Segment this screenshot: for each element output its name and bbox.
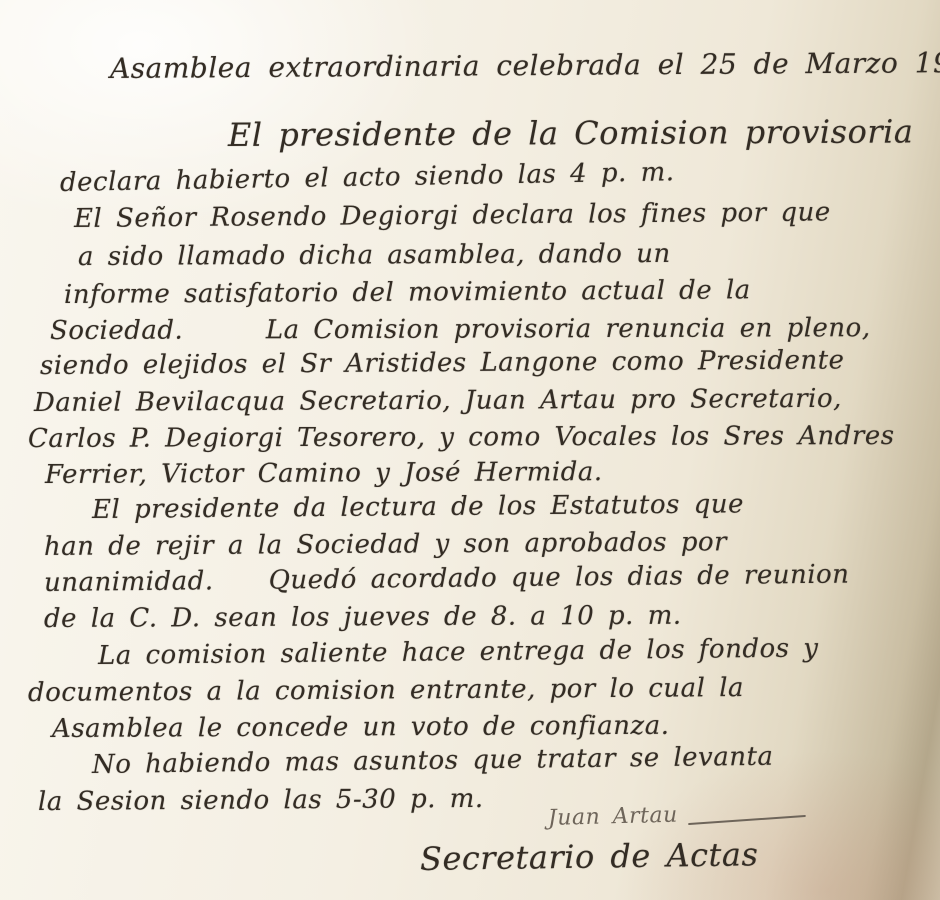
manuscript-line: El presidente da lectura de los Estatuto… <box>92 489 744 525</box>
manuscript-line: Ferrier, Victor Camino y José Hermida. <box>45 457 603 490</box>
manuscript-line: La comision saliente hace entrega de los… <box>98 633 819 671</box>
signature-name: Juan Artau <box>548 803 678 831</box>
manuscript-line: Asamblea le concede un voto de confianza… <box>52 711 670 744</box>
manuscript-line: documentos a la comision entrante, por l… <box>28 673 744 708</box>
manuscript-line: de la C. D. sean los jueves de 8. a 10 p… <box>44 601 682 634</box>
manuscript-line: Carlos P. Degiorgi Tesorero, y como Voca… <box>28 421 895 454</box>
manuscript-line: han de rejir a la Sociedad y son aprobad… <box>44 527 727 562</box>
manuscript-line: la Sesion siendo las 5-30 p. m. <box>38 784 484 817</box>
manuscript-line: El Señor Rosendo Degiorgi declara los fi… <box>74 197 831 234</box>
manuscript-line: El presidente de la Comision provisoria <box>228 112 914 154</box>
signature-flourish-line <box>688 815 806 825</box>
manuscript-line: declara habierto el acto siendo las 4 p.… <box>60 157 675 198</box>
manuscript-line: siendo elejidos el Sr Aristides Langone … <box>40 345 845 381</box>
manuscript-line: a sido llamado dicha asamblea, dando un <box>78 239 671 272</box>
manuscript-line: Sociedad. La Comision provisoria renunci… <box>50 313 871 346</box>
manuscript-line: Daniel Bevilacqua Secretario, Juan Artau… <box>34 384 842 418</box>
manuscript-line: No habiendo mas asuntos que tratar se le… <box>92 742 774 780</box>
document-title-line: Asamblea extraordinaria celebrada el 25 … <box>110 46 940 85</box>
manuscript-line: informe satisfatorio del movimiento actu… <box>64 275 751 310</box>
manuscript-line: unanimidad. Quedó acordado que los dias … <box>44 560 850 598</box>
signature-role: Secretario de Actas <box>420 835 759 878</box>
manuscript-page: Asamblea extraordinaria celebrada el 25 … <box>0 0 940 900</box>
